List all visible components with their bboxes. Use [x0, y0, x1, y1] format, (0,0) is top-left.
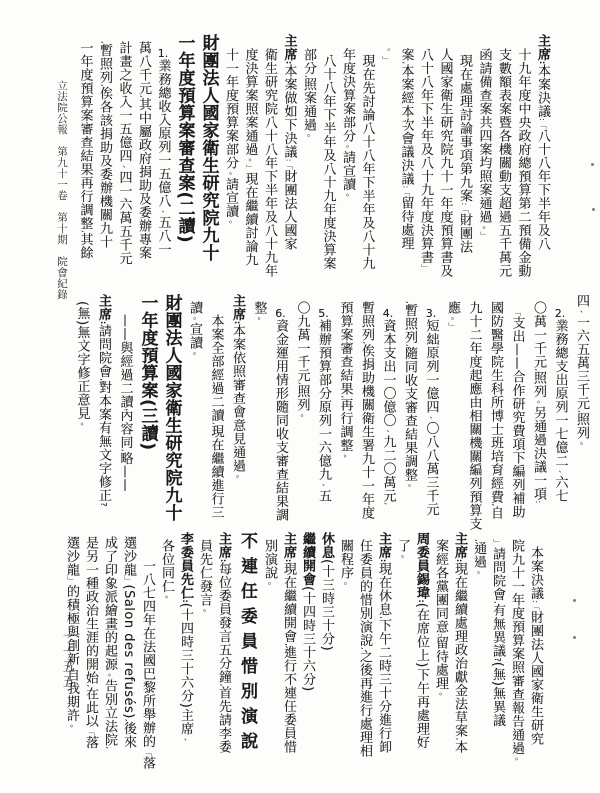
text-column: 休息(十三時三十分): [317, 532, 336, 774]
section-title-column: 一年度預算案審查案(二讀): [173, 34, 197, 266]
text-column: ,暫照列,俟各該捐助及委辦機關九十: [95, 34, 115, 266]
text-column: 年度決算案部分。請宣讀。: [338, 34, 358, 266]
text-band-middle: 四、一六五萬三千元,照列。2.業務總支出原列一七億二、六七〇萬一千元,照列。另通…: [71, 294, 592, 522]
section-title-column: 財團法人國家衛生研究院九十: [197, 34, 221, 266]
item-number: 2.: [554, 308, 567, 319]
text-column: 關程序。: [336, 532, 355, 774]
speaker-name: 主席:: [282, 34, 297, 64]
speaker-name: 主席:: [96, 294, 111, 324]
text-column: 周委員錫瑋:(在席位上)下午再處理好: [412, 532, 431, 774]
speaker-name: 主席:: [535, 34, 550, 64]
text-column: 主席:每位委員發言五分鐘,首先請李委: [214, 532, 233, 774]
text-column: 別演說。: [260, 532, 279, 774]
text-column: 成了印象派繪畫的起源。告別立法院,: [100, 532, 119, 774]
text-column: 主席:本案依照審查會意見通過。: [227, 294, 249, 522]
text-column: 「支出——合作研究費項下編列補助: [506, 294, 528, 522]
text-column: 部分,照案通過。: [299, 34, 319, 266]
text-column: 案經各黨團同意:留待處理。: [431, 532, 450, 774]
item-number: 5.: [317, 308, 330, 319]
speaker-name: 周委員錫瑋:: [414, 532, 429, 603]
text-column: 主席:請問院會,對本案有無文字修正?: [93, 294, 115, 522]
text-column: 3.短絀原列一億四、〇八八萬三千元: [420, 294, 442, 522]
text-column: 現在先討論八十八年下半年及八十九: [357, 34, 377, 266]
text-column: 1.業務總收入原列一五億八、五八一: [153, 34, 173, 266]
text-column: 十一年度預算案部分。請宣讀。: [221, 34, 241, 266]
text-column: 讀。宣讀。: [184, 294, 206, 522]
text-column: 應。」: [442, 294, 464, 522]
text-column: 萬八千元,其中屬政府捐助及委辦專案: [134, 34, 154, 266]
text-column: 李委員先仁:(十四時三十六分)主席、: [176, 532, 195, 774]
speaker-name: 休息: [319, 532, 334, 559]
text-band-bottom: 本案決議:「財團法人國家衛生研究院九十一年度預算案照審查報告通過。」請問院會,有…: [62, 532, 545, 774]
text-column: 了。: [393, 532, 412, 774]
section-heading-column: 不連任委員惜別演說: [233, 532, 260, 774]
text-band-top: 主席:本案決議:「八十八年下半年及八十九年度中央政府總預算第二預備金動支數額表案…: [75, 34, 552, 266]
gazette-page: 主席:本案決議:「八十八年下半年及八十九年度中央政府總預算第二預備金動支數額表案…: [0, 0, 600, 793]
text-column: 6.資金運用情形隨同收支審查結果調: [270, 294, 292, 522]
text-column: 。」: [377, 34, 397, 266]
text-column: 主席:現在繼續開會,進行不連任委員惜: [279, 532, 298, 774]
text-column: 預算案審查結果,再行調整。: [334, 294, 356, 522]
scan-speck: [591, 163, 594, 166]
text-column: 人國家衛生研究院九十一年度預算書及: [435, 34, 455, 266]
text-column: 主席:本案決議:「八十八年下半年及八: [533, 34, 553, 266]
text-column: 〇九萬一千元,照列。: [291, 294, 313, 522]
text-column: (無)無文字修正意見。: [71, 294, 93, 522]
text-column: 計畫之收入一五億四、四一六萬五千元: [114, 34, 134, 266]
text-column: 國防醫學院生科所博士班培育經費,自: [485, 294, 507, 522]
text-column: 選沙龍」(Salon des refusés),後來: [119, 532, 138, 774]
text-column: 一年度預算案審查結果再行調整,其餘: [75, 34, 95, 266]
text-column: 支數額表案暨各機關動支超過五千萬元: [494, 34, 514, 266]
text-column: 」請問院會,有無異議?(無)無異議: [488, 532, 507, 774]
text-column: 院九十一年度預算案照審查報告通過。: [507, 532, 526, 774]
speaker-name: 主席:: [216, 532, 231, 562]
text-column: 案,本案經本次會議決議:「留待處理: [396, 34, 416, 266]
text-column: ,通過。: [469, 532, 488, 774]
text-column: 主席:本案做如下決議:「財團法人國家: [279, 34, 299, 266]
speaker-name: 繼續開會: [300, 532, 315, 586]
speaker-name: 主席:: [281, 532, 296, 562]
scan-speck: [573, 636, 576, 639]
text-column: 一八七四年在法國巴黎所舉辦的「落: [138, 532, 157, 774]
text-column: 主席:現在繼續處理政治獻金法草案,本: [450, 532, 469, 774]
item-number: 3.: [425, 308, 438, 319]
speaker-name: 主席:: [230, 294, 245, 324]
section-title-column: 一年度預算案(三讀): [136, 294, 160, 522]
text-column: 本案決議:「財團法人國家衛生研究: [526, 532, 545, 774]
text-column: 主席:現在休息,下午二時三十分進行卸: [374, 532, 393, 774]
speaker-name: 主席:: [376, 532, 391, 562]
text-column: ——與經過二讀內容同,略——: [114, 294, 136, 522]
text-column: ,暫照列,隨同收支審查結果調整。: [399, 294, 421, 522]
text-column: 現在處理討論事項第九案:「財團法: [455, 34, 475, 266]
text-column: 〇萬一千元,照列。另通過決議一項:: [528, 294, 550, 522]
item-number: 1.: [157, 48, 170, 59]
text-column: 繼續開會(十四時三十六分): [298, 532, 317, 774]
text-column: 度決算案照案通過。」現在繼續討論九: [240, 34, 260, 266]
scan-speck: [592, 208, 595, 211]
text-column: 八十八年下半年及八十九年度決算書」: [416, 34, 436, 266]
text-column: 十九年度中央政府總預算第二預備金動: [513, 34, 533, 266]
item-number: 6.: [274, 308, 287, 319]
scan-speck: [573, 599, 576, 602]
text-column: 是另一種政治生涯的開始,在此以「落: [81, 532, 100, 774]
text-column: 函請備查案共四案均照案通過。」: [474, 34, 494, 266]
text-column: 2.業務總支出原列一七億二、六七: [549, 294, 571, 522]
page-number: 一一五五: [59, 630, 77, 690]
volume-header: 立法院公報 第九十一卷 第十期 院會紀錄: [55, 80, 70, 300]
text-column: 整。: [248, 294, 270, 522]
text-column: 各位同仁。: [157, 532, 176, 774]
text-column: 4.資本支出一〇億〇、九二〇萬元,: [377, 294, 399, 522]
text-column: 九十二年度起應由相關機關編列預算支: [463, 294, 485, 522]
text-column: 員先仁發言。: [195, 532, 214, 774]
section-title-column: 財團法人國家衛生研究院九十: [160, 294, 184, 522]
speaker-name: 主席:: [452, 532, 467, 562]
speaker-name: 李委員先仁:: [178, 532, 193, 603]
text-column: 5.補辦預算部分原列一六億九、五: [313, 294, 335, 522]
text-column: 本案全部經過二讀,現在繼續進行三: [205, 294, 227, 522]
item-number: 4.: [382, 308, 395, 319]
text-column: 八十八年下半年及八十九年度決算案: [318, 34, 338, 266]
text-column: 任委員的惜別演說,之後再進行處理相: [355, 532, 374, 774]
text-column: 四、一六五萬三千元,照列。: [571, 294, 593, 522]
text-column: 衛生研究院八十八年下半年及八十九年: [260, 34, 280, 266]
text-column: 暫照列,俟捐助機關衛生署九十一年度: [356, 294, 378, 522]
